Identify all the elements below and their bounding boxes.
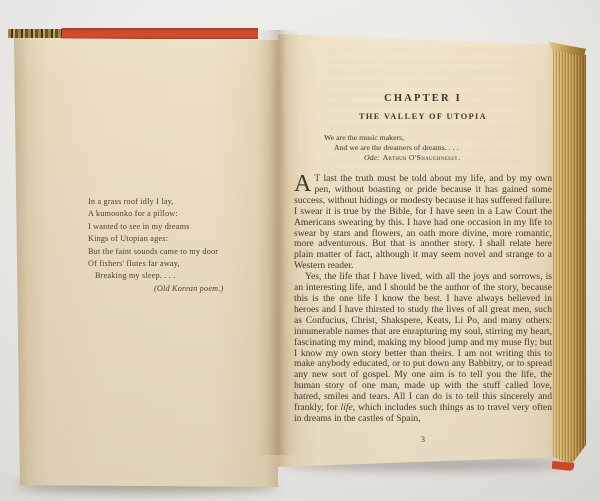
paragraph-text: Yes, the life that I have lived, with al… (294, 271, 552, 413)
body-text: AT last the truth must be told about my … (294, 174, 552, 425)
book-headband (8, 29, 64, 38)
epigraph-source-label: Ode: (364, 153, 380, 162)
italic-word: life (341, 402, 353, 413)
right-page-content: CHAPTER I THE VALLEY OF UTOPIA We are th… (294, 93, 552, 425)
photo-backdrop: In a grass roof idly I lay, A kumoonko f… (0, 0, 600, 501)
poem-line: I wanted to see in my dreams (88, 221, 223, 233)
right-page: CHAPTER I THE VALLEY OF UTOPIA We are th… (278, 31, 555, 468)
poem-line: Of fishers' flutes far away, (88, 258, 223, 270)
epigraph-line: And we are the dreamers of dreams. . . . (294, 143, 552, 153)
chapter-heading: CHAPTER I (294, 93, 552, 104)
poem-line: A kumoonko for a pillow: (88, 208, 223, 220)
epigraph-source-name: Arthur O'Shaughnessy. (383, 153, 461, 162)
epigraph-attribution: Ode:Arthur O'Shaughnessy. (294, 153, 552, 163)
paragraph: AT last the truth must be told about my … (294, 174, 552, 272)
book-cover-top-edge (62, 28, 258, 39)
epigraph-block: We are the music makers, And we are the … (294, 133, 552, 163)
book-cover-bottom-edge (552, 461, 575, 471)
chapter-title: THE VALLEY OF UTOPIA (294, 112, 552, 121)
poem-line: But the faint sounds came to my door (88, 246, 223, 258)
paragraph: Yes, the life that I have lived, with al… (294, 272, 552, 425)
drop-cap: A (294, 174, 314, 194)
book-fore-edge (553, 42, 586, 471)
poem-block: In a grass roof idly I lay, A kumoonko f… (88, 196, 223, 295)
paragraph-text: T last the truth must be told about my l… (294, 173, 552, 271)
left-page: In a grass roof idly I lay, A kumoonko f… (14, 38, 278, 487)
epigraph-line: We are the music makers, (294, 133, 552, 143)
page-number: 3 (294, 435, 552, 444)
poem-line: Kings of Utopian ages: (88, 233, 223, 245)
poem-line: Breaking my sleep. . . . (88, 270, 223, 282)
poem-attribution: (Old Korean poem.) (88, 283, 223, 295)
poem-line: In a grass roof idly I lay, (88, 196, 223, 208)
